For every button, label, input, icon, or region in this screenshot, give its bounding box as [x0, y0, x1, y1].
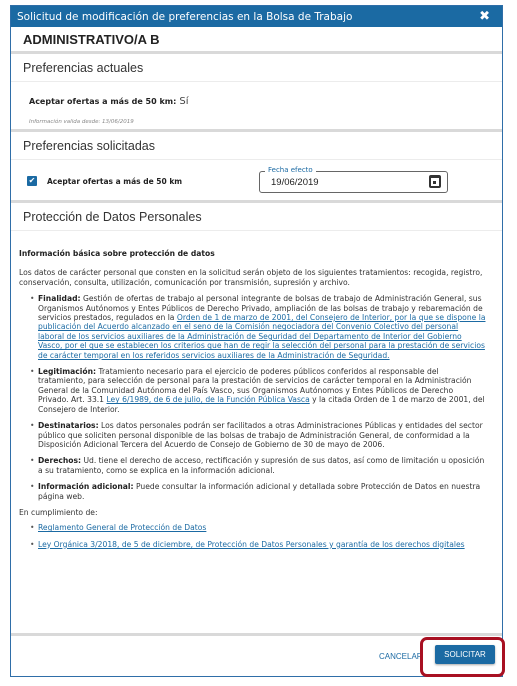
- effective-date-field[interactable]: Fecha efecto 19/06/2019: [259, 171, 448, 193]
- submit-button[interactable]: SOLICITAR: [435, 645, 495, 664]
- compliance-link[interactable]: Reglamento General de Protección de Dato…: [38, 523, 206, 532]
- effective-date-value[interactable]: 19/06/2019: [271, 177, 319, 188]
- compliance-list: Reglamento General de Protección de Dato…: [19, 523, 486, 549]
- item-term: Legitimación:: [38, 367, 96, 376]
- compliance-item: Reglamento General de Protección de Dato…: [30, 523, 486, 532]
- item-term: Información adicional:: [38, 482, 134, 491]
- data-protection-title: Información básica sobre protección de d…: [19, 249, 486, 258]
- accept-distance-checkbox[interactable]: ✔: [27, 176, 37, 186]
- data-protection-section: Información básica sobre protección de d…: [11, 231, 502, 549]
- item-link[interactable]: Ley 6/1989, de 6 de julio, de la Función…: [106, 395, 309, 404]
- item-text: Los datos personales podrán ser facilita…: [38, 421, 483, 449]
- current-distance-value: Sí: [179, 96, 188, 107]
- current-distance-label: Aceptar ofertas a más de 50 km:: [29, 97, 176, 106]
- requested-preferences-heading: Preferencias solicitadas: [11, 132, 502, 160]
- current-distance-row: Aceptar ofertas a más de 50 km:Sí: [29, 96, 502, 107]
- requested-preferences-section: ✔ Aceptar ofertas a más de 50 km Fecha e…: [11, 160, 502, 203]
- current-preferences-heading: Preferencias actuales: [11, 54, 502, 82]
- item-term: Destinatarios:: [38, 421, 99, 430]
- job-title: ADMINISTRATIVO/A B: [11, 27, 502, 54]
- item-term: Finalidad:: [38, 294, 81, 303]
- current-preferences-section: Aceptar ofertas a más de 50 km:Sí Inform…: [11, 82, 502, 132]
- dialog-titlebar: Solicitud de modificación de preferencia…: [11, 6, 502, 27]
- compliance-label: En cumplimiento de:: [19, 508, 486, 517]
- data-protection-intro: Los datos de carácter personal que const…: [19, 268, 486, 287]
- item-term: Derechos:: [38, 456, 81, 465]
- compliance-item: Ley Orgánica 3/2018, de 5 de diciembre, …: [30, 540, 486, 549]
- cancel-button[interactable]: CANCELAR: [379, 652, 423, 661]
- modification-dialog: Solicitud de modificación de preferencia…: [10, 5, 503, 677]
- close-icon[interactable]: ✖: [479, 10, 490, 23]
- valid-since-note: Información valida desde: 13/06/2019: [29, 119, 502, 125]
- compliance-link[interactable]: Ley Orgánica 3/2018, de 5 de diciembre, …: [38, 540, 465, 549]
- item-text: Ud. tiene el derecho de acceso, rectific…: [38, 456, 484, 474]
- accept-distance-label[interactable]: Aceptar ofertas a más de 50 km: [47, 177, 182, 186]
- effective-date-label: Fecha efecto: [265, 166, 316, 174]
- calendar-icon[interactable]: [429, 175, 441, 188]
- data-protection-item: Información adicional: Puede consultar l…: [30, 482, 486, 501]
- data-protection-heading: Protección de Datos Personales: [11, 203, 502, 231]
- data-protection-item: Destinatarios: Los datos personales podr…: [30, 421, 486, 449]
- data-protection-item: Legitimación: Tratamiento necesario para…: [30, 367, 486, 414]
- data-protection-list: Finalidad: Gestión de ofertas de trabajo…: [19, 294, 486, 501]
- dialog-title: Solicitud de modificación de preferencia…: [17, 11, 352, 23]
- data-protection-item: Derechos: Ud. tiene el derecho de acceso…: [30, 456, 486, 475]
- data-protection-item: Finalidad: Gestión de ofertas de trabajo…: [30, 294, 486, 360]
- dialog-footer: CANCELAR SOLICITAR: [11, 633, 502, 676]
